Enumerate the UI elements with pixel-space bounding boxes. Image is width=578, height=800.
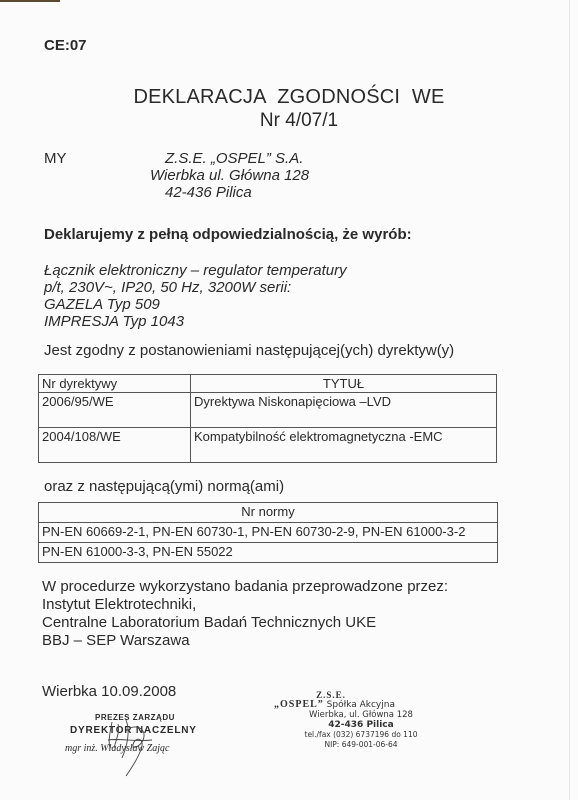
table-row: PN-EN 61000-3-3, PN-EN 55022 <box>39 543 498 563</box>
header-cell: Nr dyrektywy <box>39 375 191 393</box>
directive-number: 2004/108/WE <box>39 428 191 463</box>
stamp-line: „OSPEL” Spółka Akcyjna <box>266 700 456 710</box>
directives-table: Nr dyrektywy TYTUŁ 2006/95/WE Dyrektywa … <box>38 374 497 463</box>
company-stamp: Z.S.E. „OSPEL” Spółka Akcyjna Wierbka, u… <box>266 690 456 750</box>
manufacturer-city: 42-436 Pilica <box>165 184 252 201</box>
stamp-company-type: Spółka Akcyjna <box>327 700 395 710</box>
table-header-row: Nr normy <box>39 503 498 523</box>
header-cell: TYTUŁ <box>191 375 497 393</box>
norms-table: Nr normy PN-EN 60669-2-1, PN-EN 60730-1,… <box>38 502 498 563</box>
document-title: DEKLARACJA ZGODNOŚCI WE <box>0 86 578 109</box>
manufacturer-name: Z.S.E. „OSPEL” S.A. <box>165 150 303 167</box>
procedure-line: BBJ – SEP Warszawa <box>42 632 190 649</box>
procedure-line: Instytut Elektrotechniki, <box>42 596 196 613</box>
manufacturer-street: Wierbka ul. Główna 128 <box>150 167 309 184</box>
handwritten-signature-icon <box>100 718 180 778</box>
table-row: 2004/108/WE Kompatybilność elektromagnet… <box>39 428 497 463</box>
norm-list: PN-EN 60669-2-1, PN-EN 60730-1, PN-EN 60… <box>39 523 498 543</box>
procedure-line: W procedurze wykorzystano badania przepr… <box>42 578 448 595</box>
directives-intro: Jest zgodny z postanowieniami następując… <box>44 342 454 359</box>
document-number: Nr 4/07/1 <box>0 110 578 132</box>
directive-title: Kompatybilność elektromagnetyczna -EMC <box>191 428 497 463</box>
place-date: Wierbka 10.09.2008 <box>42 683 176 700</box>
header-cell: Nr normy <box>39 503 498 523</box>
norms-intro: oraz z następującą(ymi) normą(ami) <box>44 478 284 495</box>
stamp-line: Wierbka, ul. Główna 128 <box>266 710 456 720</box>
stamp-company-name: „OSPEL” <box>274 699 324 710</box>
product-line: Łącznik elektroniczny – regulator temper… <box>44 262 347 279</box>
table-header-row: Nr dyrektywy TYTUŁ <box>39 375 497 393</box>
declaration-statement: Deklarujemy z pełną odpowiedzialnością, … <box>44 226 412 243</box>
product-line: GAZELA Typ 509 <box>44 296 160 313</box>
scan-edge <box>0 0 60 2</box>
procedure-line: Centralne Laboratorium Badań Technicznyc… <box>42 614 376 631</box>
stamp-line: tel./fax (032) 6737196 do 110 <box>266 730 456 740</box>
directive-title: Dyrektywa Niskonapięciowa –LVD <box>191 393 497 428</box>
manufacturer-label: MY <box>44 150 67 167</box>
table-row: PN-EN 60669-2-1, PN-EN 60730-1, PN-EN 60… <box>39 523 498 543</box>
norm-list: PN-EN 61000-3-3, PN-EN 55022 <box>39 543 498 563</box>
document-code: CE:07 <box>44 37 87 54</box>
stamp-line: NIP: 649-001-06-64 <box>266 740 456 750</box>
product-line: p/t, 230V~, IP20, 50 Hz, 3200W serii: <box>44 279 291 296</box>
table-row: 2006/95/WE Dyrektywa Niskonapięciowa –LV… <box>39 393 497 428</box>
directive-number: 2006/95/WE <box>39 393 191 428</box>
product-line: IMPRESJA Typ 1043 <box>44 313 184 330</box>
stamp-line: 42-436 Pilica <box>266 720 456 730</box>
